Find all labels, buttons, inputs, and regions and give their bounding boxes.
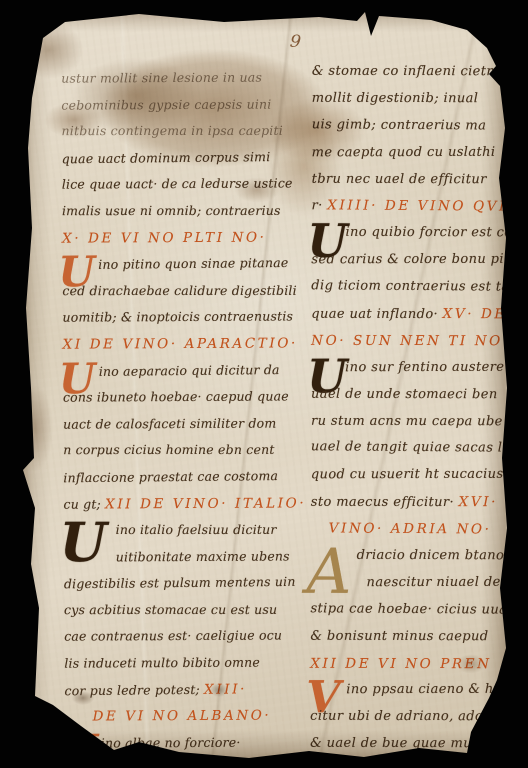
rubric-text: XI DE VINO· APARACTIO·	[63, 335, 298, 352]
body-text: tbru nec uael de efficitur	[312, 171, 487, 186]
body-text: uael de unde stomaeci ben	[311, 386, 498, 401]
text-line: uomitib; & inoptoicis contraenustis	[62, 304, 306, 332]
text-line: mollit digestionib; inual	[312, 86, 528, 113]
text-line: cae contraenus est· caeligiue ocu	[64, 623, 308, 651]
body-text: n corpus cicius homine ebn cent	[63, 442, 274, 457]
text-line: digestibilis est pulsum mentens uin	[64, 569, 308, 598]
text-line: imalis usue ni omnib; contraerius	[62, 198, 306, 225]
body-text: uitibonitate maxime ubens	[116, 548, 290, 564]
text-line: & stomae co inflaeni cietro	[312, 59, 528, 86]
text-line: ustur mollit sine lesione in uas	[61, 64, 305, 92]
text-line: quae uact dominum corpus simi	[62, 144, 306, 173]
body-text: uomitib; & inoptoicis contraenustis	[62, 309, 293, 325]
body-text: digestibilis est pulsum mentens uin	[64, 574, 296, 591]
text-line: Adriacio dnicem btano	[311, 543, 528, 570]
body-text: ino albae no forciore·	[101, 735, 241, 751]
body-text: ino aeparacio qui dicitur da	[99, 362, 280, 379]
text-line: quod cu usuerit ht sucacius ti	[311, 462, 528, 489]
body-text: naescitur niuael de u	[367, 575, 514, 590]
text-line: Uino quibio forcior est cell	[311, 220, 528, 247]
body-text: cons ibuneto hoebae· caepud quae	[63, 389, 289, 405]
rubric-text: XIII·	[204, 681, 247, 697]
text-line: cons ibuneto hoebae· caepud quae	[63, 383, 307, 411]
text-line: Vino ppsau ciaeno & hirl	[310, 677, 528, 704]
body-text: mollit digestionib; inual	[312, 91, 479, 106]
body-text: & bonisunt minus caepud	[310, 628, 488, 643]
rubric-text: X· DE VI NO PLTI NO·	[62, 229, 267, 246]
text-line: Uino sur fentino austere	[311, 355, 528, 382]
body-text: quod cu usuerit ht sucacius ti	[311, 467, 518, 483]
body-text: ino ppsau ciaeno & hirl	[346, 682, 509, 697]
text-line: nitbuis contingema in ipsa caepiti	[62, 118, 306, 145]
body-text: ced dirachaebae calidure digestibili	[62, 283, 296, 298]
body-text: lis induceti multo bibito omne	[64, 655, 260, 671]
body-text: sto maecus efficitur·	[311, 495, 459, 510]
chapter-heading: DE VI NO ALBANO·	[65, 703, 309, 731]
text-line: Uino albae no forciore·	[65, 729, 309, 757]
text-line: citur ubi de adriano, adora	[310, 704, 528, 731]
chapter-heading: X· DE VI NO PLTI NO·	[62, 224, 306, 252]
body-text: uis gimb; contraerius ma	[312, 117, 487, 133]
text-line: quae uat inflando· XV· DE VI	[311, 301, 528, 328]
body-text: imalis usue ni omnib; contraerius	[62, 203, 281, 218]
body-text: uact de calosfaceti similiter dom	[63, 415, 276, 431]
body-text: quae uat inflando·	[311, 307, 442, 322]
text-column-left: ustur mollit sine lesione in uascebomini…	[61, 64, 309, 757]
text-line: cys acbitius stomacae cu est usu	[64, 597, 308, 624]
rubric-text: XV· DE VI	[443, 306, 528, 322]
text-line: tbru nec uael de efficitur	[312, 166, 528, 193]
illuminated-initial: U	[307, 221, 348, 262]
body-text: ru stum acns mu caepa ube ca	[311, 413, 523, 429]
rubric-text: NO· SUN NEN TI NO	[311, 333, 503, 350]
text-line: cebominibus gypsie caepsis uini	[61, 91, 305, 119]
body-text: cys acbitius stomacae cu est usu	[64, 602, 277, 617]
body-text: uael de tangit quiae sacas li	[311, 440, 507, 456]
body-text: cae contraenus est· caeligiue ocu	[64, 628, 282, 644]
chapter-heading: XI DE VINO· APARACTIO·	[63, 330, 307, 358]
text-line: inflaccione praestat cae costoma	[63, 463, 307, 492]
text-line: & uael de bue quae mult, cub	[310, 731, 528, 758]
text-line: me caepta quod cu uslathi	[312, 139, 528, 166]
manuscript-photo: 9 ustur mollit sine lesione in uascebomi…	[0, 0, 528, 768]
text-line: ced dirachaebae calidure digestibili	[62, 278, 306, 305]
body-text: dig ticiom contraerius est ta	[311, 278, 509, 294]
body-text: me caepta quod cu uslathi	[312, 144, 496, 159]
text-column-right: & stomae co inflaeni cietromollit digest…	[310, 59, 528, 759]
parchment-leaf: 9 ustur mollit sine lesione in uascebomi…	[19, 8, 507, 760]
text-line: ru stum acns mu caepa ube ca	[311, 408, 528, 435]
text-line: uis gimb; contraerius ma	[312, 112, 528, 140]
body-text: r·	[311, 199, 327, 214]
text-line: uact de calosfaceti similiter dom	[63, 410, 307, 438]
body-text: nitbuis contingema in ipsa caepiti	[62, 123, 283, 138]
body-text: lice quae uact· de ca ledurse ustice	[62, 176, 293, 192]
body-text: cu gt;	[63, 496, 105, 511]
body-text: & stomae co inflaeni cietro	[312, 64, 501, 79]
text-line: n corpus cicius homine ebn cent	[63, 437, 307, 464]
body-text: driacio dnicem btano	[357, 548, 505, 563]
rubric-text: DE VI NO ALBANO·	[93, 708, 272, 725]
text-line: lis induceti multo bibito omne	[64, 649, 308, 677]
body-text: & uael de bue quae mult, cub	[310, 736, 516, 752]
rubric-text: XII DE VINO· ITALIO·	[105, 495, 306, 512]
body-text: cor pus ledre potest;	[64, 681, 204, 697]
body-text: ino quibio forcior est cell	[345, 225, 521, 240]
text-line: Uino aeparacio qui dicitur da	[63, 356, 307, 385]
text-line: sto maecus efficitur· XVI·	[311, 489, 528, 516]
text-line: Uino pitino quon sinae pitanae	[62, 250, 306, 279]
text-line: & bonisunt minus caepud	[310, 623, 528, 650]
text-line: uael de tangit quiae sacas li	[311, 435, 528, 463]
text-line: dig ticiom contraerius est ta	[311, 273, 528, 301]
page-number: 9	[289, 31, 302, 52]
body-text: ino italio faelsiuu dicitur	[116, 522, 277, 537]
illuminated-initial: U	[61, 731, 98, 768]
body-text: citur ubi de adriano, adora	[310, 709, 498, 724]
chapter-heading: XII DE VI NO PREN	[310, 650, 528, 677]
body-text: ino pitino quon sinae pitanae	[98, 255, 288, 272]
text-line: uitibonitate maxime ubens	[64, 543, 308, 571]
rubric-text: XVI·	[459, 494, 498, 510]
text-line: uael de unde stomaeci ben	[311, 381, 528, 408]
body-text: cebominibus gypsie caepsis uini	[61, 96, 271, 112]
text-line: lice quae uact· de ca ledurse ustice	[62, 171, 306, 199]
illuminated-initial: A	[306, 544, 351, 600]
body-text: quae uact dominum corpus simi	[62, 149, 271, 166]
text-line: Uino italio faelsiuu dicitur	[64, 517, 308, 544]
rubric-text: XIIII· DE VINO QVI BIO	[327, 198, 528, 216]
rubric-text: VINO· ADRIA NO·	[329, 521, 492, 538]
body-text: ino sur fentino austere	[345, 360, 504, 375]
rubric-text: XII DE VI NO PREN	[310, 655, 491, 671]
body-text: ustur mollit sine lesione in uas	[61, 70, 262, 86]
body-text: inflaccione praestat cae costoma	[63, 468, 278, 485]
text-line: cor pus ledre potest; XIII·	[64, 675, 308, 704]
